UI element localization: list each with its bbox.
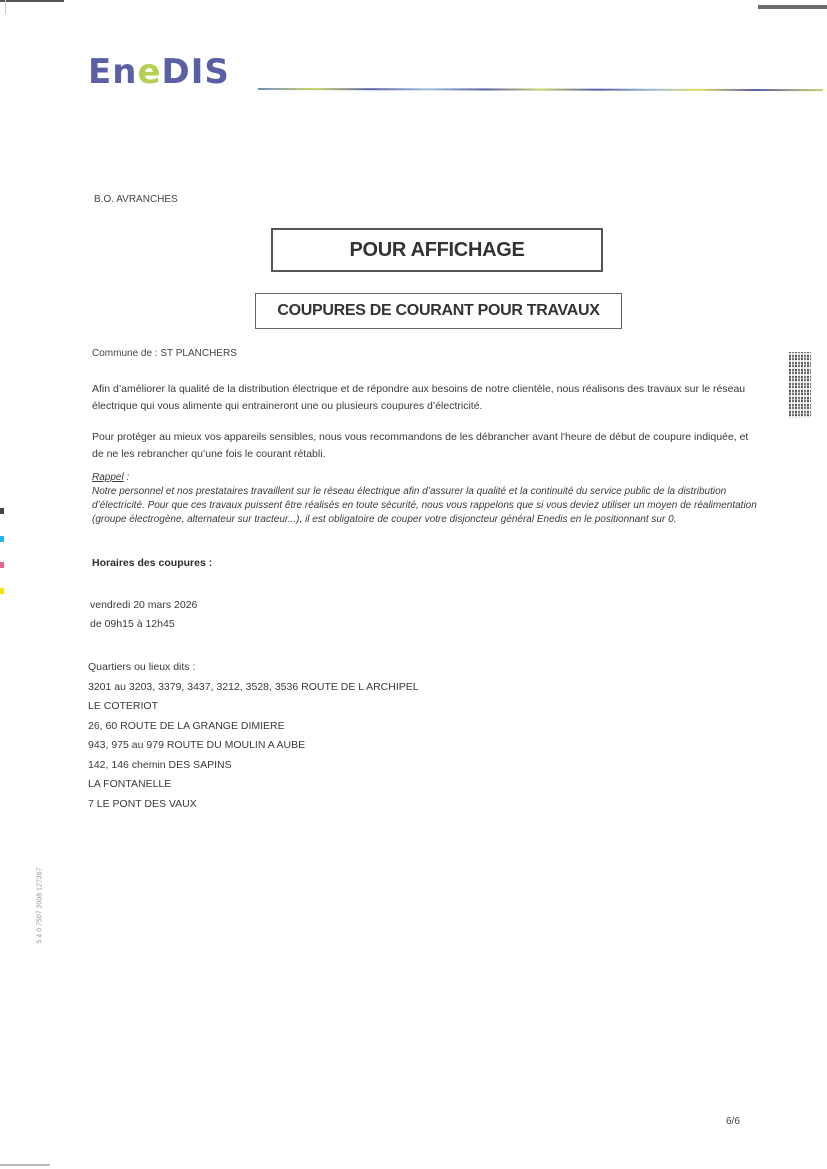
list-item: 943, 975 au 979 ROUTE DU MOULIN A AUBE xyxy=(88,736,419,756)
list-item: 7 LE PONT DES VAUX xyxy=(88,795,419,815)
advice-paragraph: Pour protéger au mieux vos appareils sen… xyxy=(92,429,760,463)
notice-title-box: POUR AFFICHAGE xyxy=(271,228,603,272)
list-item: 142, 146 chemin DES SAPINS xyxy=(88,756,419,776)
outage-time: de 09h15 à 12h45 xyxy=(90,615,197,634)
print-mark-magenta xyxy=(0,562,4,568)
enedis-logo: EneDIS xyxy=(88,55,230,89)
outage-date: vendredi 20 mars 2026 xyxy=(90,596,197,615)
list-item: LE COTERIOT xyxy=(88,697,419,717)
scan-artifact-bottom-left xyxy=(0,1164,50,1166)
intro-paragraph: Afin d’améliorer la qualité de la distri… xyxy=(92,381,760,415)
print-mark-cyan xyxy=(0,536,4,542)
notice-title: POUR AFFICHAGE xyxy=(349,239,524,262)
logo-part-2: e xyxy=(137,55,161,89)
affected-places: Quartiers ou lieux dits : 3201 au 3203, … xyxy=(88,658,419,814)
list-item: LA FONTANELLE xyxy=(88,775,419,795)
list-item: 3201 au 3203, 3379, 3437, 3212, 3528, 35… xyxy=(88,678,419,698)
scan-artifact-top-left xyxy=(0,0,64,2)
notice-subtitle: COUPURES DE COURANT POUR TRAVAUX xyxy=(277,302,599,320)
print-mark-black xyxy=(0,508,4,514)
notice-subtitle-box: COUPURES DE COURANT POUR TRAVAUX xyxy=(255,293,622,329)
page-number: 6/6 xyxy=(726,1116,740,1127)
schedule-title: Horaires des coupures : xyxy=(92,557,212,569)
reminder-title-suffix: : xyxy=(124,472,130,483)
side-tracking-code: 5 4 0 7507 2008 127367 xyxy=(37,804,44,944)
reminder-title: Rappel xyxy=(92,472,124,483)
commune-label: Commune de : ST PLANCHERS xyxy=(92,348,237,359)
logo-part-3: DIS xyxy=(162,55,230,89)
scan-artifact-top-left-vertical xyxy=(5,0,6,14)
logo-part-1: En xyxy=(88,55,137,89)
reminder-text: Notre personnel et nos prestataires trav… xyxy=(92,485,764,527)
header-rule xyxy=(258,88,823,91)
agency-name: B.O. AVRANCHES xyxy=(94,194,178,205)
schedule: vendredi 20 mars 2026 de 09h15 à 12h45 xyxy=(90,596,197,634)
datamatrix-code xyxy=(789,352,811,418)
reminder-block: Rappel : Notre personnel et nos prestata… xyxy=(92,471,764,527)
print-mark-yellow xyxy=(0,588,4,594)
list-item: 26, 60 ROUTE DE LA GRANGE DIMIERE xyxy=(88,717,419,737)
scan-artifact-top-right xyxy=(758,5,827,9)
places-title: Quartiers ou lieux dits : xyxy=(88,658,419,678)
